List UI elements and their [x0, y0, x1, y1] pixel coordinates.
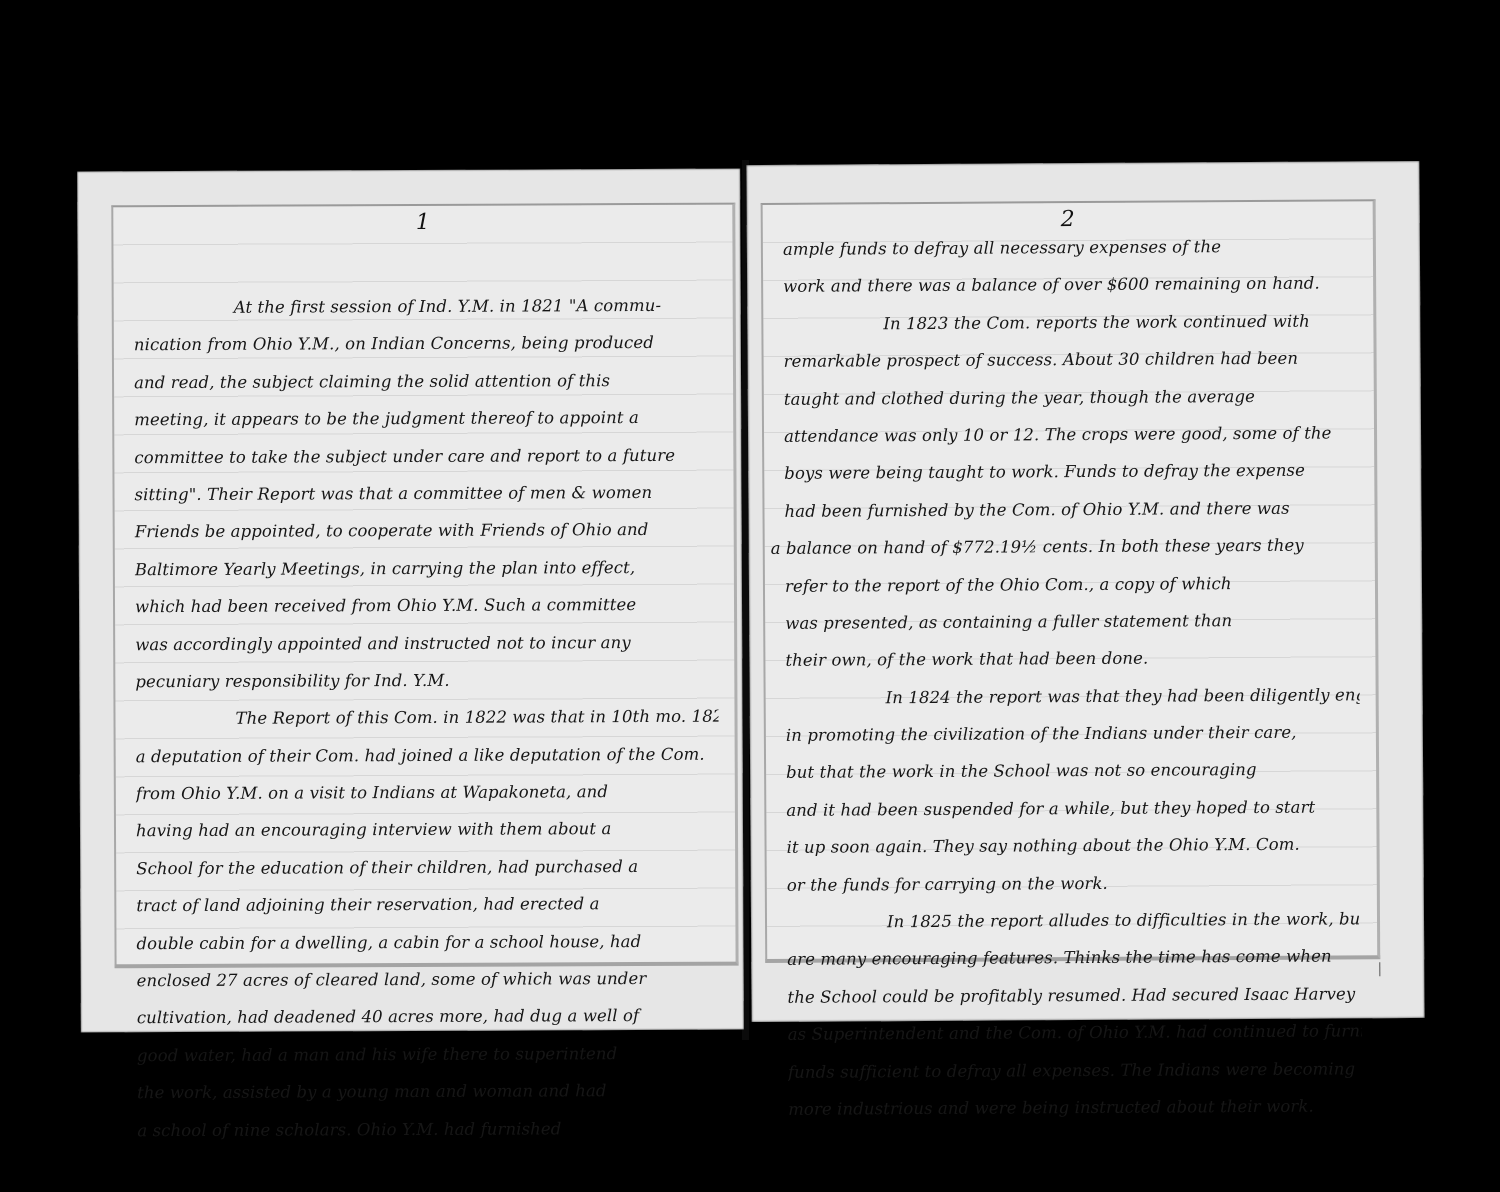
margin-mark [1379, 962, 1380, 976]
manuscript-line: in promoting the civilization of the Ind… [786, 713, 1360, 754]
manuscript-line: The Report of this Com. in 1822 was that… [135, 698, 718, 738]
manuscript-line: cultivation, had deadened 40 acres more,… [137, 997, 720, 1037]
manuscript-line: the School could be profitably resumed. … [787, 975, 1361, 1016]
manuscript-text-page-2: ample funds to defray all necessary expe… [783, 227, 1362, 1128]
manuscript-line: it up soon again. They say nothing about… [786, 826, 1360, 867]
manuscript-line: At the first session of Ind. Y.M. in 182… [134, 287, 717, 327]
manuscript-line: was accordingly appointed and instructed… [135, 623, 718, 663]
manuscript-line: and read, the subject claiming the solid… [134, 361, 717, 401]
manuscript-line: committee to take the subject under care… [134, 436, 717, 476]
manuscript-line: meeting, it appears to be the judgment t… [134, 399, 717, 439]
manuscript-line: funds sufficient to defray all expenses.… [788, 1050, 1362, 1091]
manuscript-line: double cabin for a dwelling, a cabin for… [136, 922, 719, 962]
manuscript-line: boys were being taught to work. Funds to… [784, 452, 1358, 493]
manuscript-line: or the funds for carrying on the work. [787, 863, 1361, 904]
manuscript-line: are many encouraging features. Thinks th… [787, 938, 1361, 979]
manuscript-line: but that the work in the School was not … [786, 751, 1360, 792]
manuscript-line: having had an encouraging interview with… [136, 810, 719, 850]
manuscript-line: attendance was only 10 or 12. The crops … [784, 414, 1358, 455]
manuscript-line: remarkable prospect of success. About 30… [783, 340, 1357, 381]
manuscript-line: had been furnished by the Com. of Ohio Y… [784, 489, 1358, 530]
manuscript-line: nication from Ohio Y.M., on Indian Conce… [134, 324, 717, 364]
manuscript-line: and it had been suspended for a while, b… [786, 788, 1360, 829]
manuscript-line: In 1825 the report alludes to difficulti… [787, 900, 1361, 941]
manuscript-line: a school of nine scholars. Ohio Y.M. had… [137, 1109, 720, 1149]
manuscript-line: ample funds to defray all necessary expe… [783, 227, 1357, 268]
manuscript-line: the work, assisted by a young man and wo… [137, 1072, 720, 1112]
manuscript-line: sitting". Their Report was that a commit… [134, 474, 717, 514]
right-page-sheet: 2 ample funds to defray all necessary ex… [746, 161, 1424, 1022]
manuscript-line: taught and clothed during the year, thou… [784, 377, 1358, 418]
manuscript-line: School for the education of their childr… [136, 848, 719, 888]
manuscript-line: from Ohio Y.M. on a visit to Indians at … [136, 773, 719, 813]
manuscript-text-page-1: At the first session of Ind. Y.M. in 182… [134, 287, 721, 1150]
manuscript-line: tract of land adjoining their reservatio… [136, 885, 719, 925]
manuscript-line: pecuniary responsibility for Ind. Y.M. [135, 661, 718, 701]
manuscript-line: enclosed 27 acres of cleared land, some … [137, 960, 720, 1000]
manuscript-line: work and there was a balance of over $60… [783, 265, 1357, 306]
manuscript-line: Baltimore Yearly Meetings, in carrying t… [135, 548, 718, 588]
manuscript-line: a deputation of their Com. had joined a … [136, 735, 719, 775]
left-page-leaf: 1 At the first session of Ind. Y.M. in 1… [111, 203, 738, 969]
manuscript-line: In 1824 the report was that they had bee… [786, 676, 1360, 717]
left-page-sheet: 1 At the first session of Ind. Y.M. in 1… [77, 169, 744, 1033]
manuscript-line: more industrious and were being instruct… [788, 1087, 1362, 1128]
manuscript-line: refer to the report of the Ohio Com., a … [785, 564, 1359, 605]
manuscript-line: a balance on hand of $772.19½ cents. In … [771, 526, 1359, 567]
manuscript-line: good water, had a man and his wife there… [137, 1034, 720, 1074]
manuscript-line: In 1823 the Com. reports the work contin… [783, 302, 1357, 343]
manuscript-line: Friends be appointed, to cooperate with … [135, 511, 718, 551]
right-page-leaf: 2 ample funds to defray all necessary ex… [761, 199, 1381, 963]
manuscript-line: as Superintendent and the Com. of Ohio Y… [788, 1013, 1362, 1054]
manuscript-line: their own, of the work that had been don… [785, 639, 1359, 680]
manuscript-line: which had been received from Ohio Y.M. S… [135, 586, 718, 626]
manuscript-line: was presented, as containing a fuller st… [785, 601, 1359, 642]
page-number: 1 [113, 209, 732, 237]
